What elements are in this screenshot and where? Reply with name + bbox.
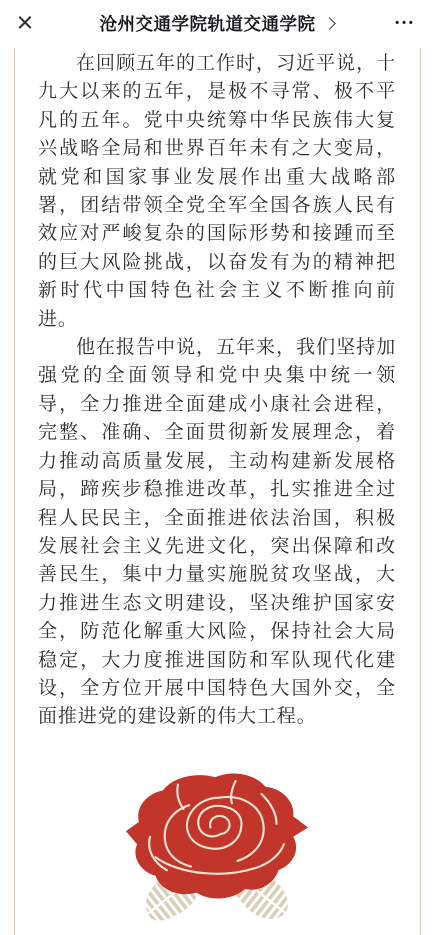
article-body: 在回顾五年的工作时，习近平说，十九大以来的五年，是极不寻常、极不平凡的五年。党中… — [38, 50, 396, 935]
rose-illustration — [124, 768, 310, 926]
chevron-right-icon — [323, 17, 336, 30]
account-title: 沧州交通学院轨道交通学院 — [100, 11, 316, 36]
article-page: × 沧州交通学院轨道交通学院 ••• 在回顾五年的工作时，习近平说，十九大以来的… — [0, 0, 433, 935]
paragraph-1: 在回顾五年的工作时，习近平说，十九大以来的五年，是极不寻常、极不平凡的五年。党中… — [38, 50, 396, 334]
rose-flower — [126, 773, 308, 898]
more-icon[interactable]: ••• — [383, 4, 425, 42]
account-title-button[interactable]: 沧州交通学院轨道交通学院 — [100, 0, 334, 47]
nav-bar: × 沧州交通学院轨道交通学院 ••• — [0, 0, 433, 47]
paragraph-2: 他在报告中说，五年来，我们坚持加强党的全面领导和党中央集中统一领导，全力推进全面… — [38, 334, 396, 732]
close-icon[interactable]: × — [6, 4, 44, 42]
rose-figure — [38, 768, 396, 935]
